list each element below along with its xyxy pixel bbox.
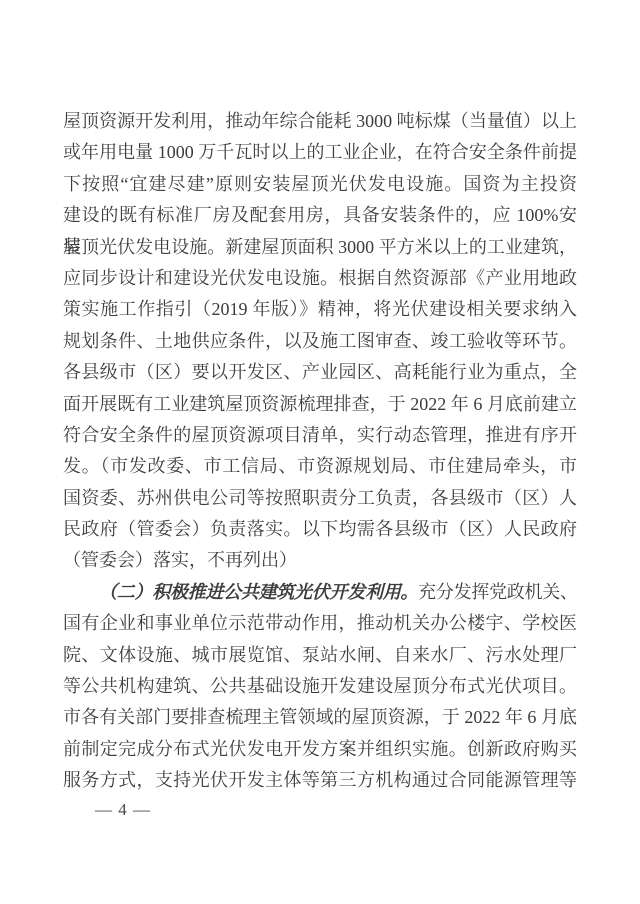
text-line: 国资委、苏州供电公司等按照职责分工负责，各县级市（区）人 (63, 483, 577, 514)
text-line: 发。（市发改委、市工信局、市资源规划局、市住建局牵头，市 (63, 451, 577, 482)
text-line: （管委会）落实，不再列出） (63, 545, 577, 576)
text-line: 面开展既有工业建筑屋顶资源梳理排查，于 2022 年 6 月底前建立 (63, 389, 577, 420)
text-run: 屋顶资源开发利用，推动年综合能耗 3000 吨标煤（当量值）以上 (63, 111, 577, 131)
text-line: 下按照“宜建尽建”原则安装屋顶光伏发电设施。国资为主投资 (63, 169, 577, 200)
text-line: 建设的既有标准厂房及配套用房，具备安装条件的，应 100%安装 (63, 200, 577, 231)
page-number: — 4 — (95, 799, 151, 821)
text-line: 应同步设计和建设光伏发电设施。根据自然资源部《产业用地政 (63, 263, 577, 294)
text-run: 策实施工作指引（2019 年版）》精神，将光伏建设相关要求纳入 (63, 299, 577, 319)
text-run: 规划条件、土地供应条件，以及施工图审查、竣工验收等环节。 (63, 331, 577, 351)
text-run: 前制定完成分布式光伏发电开发方案并组织实施。创新政府购买 (63, 739, 577, 759)
text-line: 院、文体设施、城市展览馆、泵站水闸、自来水厂、污水处理厂 (63, 640, 577, 671)
text-run: 市各有关部门要排查梳理主管领域的屋顶资源，于 2022 年 6 月底 (63, 707, 577, 727)
text-line: 或年用电量 1000 万千瓦时以上的工业企业，在符合安全条件前提 (63, 137, 577, 168)
text-run: 国有企业和事业单位示范带动作用，推动机关办公楼宇、学校医 (63, 613, 577, 633)
text-run: 发。（市发改委、市工信局、市资源规划局、市住建局牵头，市 (63, 456, 577, 476)
text-line: 屋顶资源开发利用，推动年综合能耗 3000 吨标煤（当量值）以上 (63, 106, 577, 137)
text-run: 屋顶光伏发电设施。新建屋顶面积 3000 平方米以上的工业建筑， (63, 237, 577, 257)
text-run: 符合安全条件的屋顶资源项目清单，实行动态管理，推进有序开 (63, 425, 577, 445)
text-line: 屋顶光伏发电设施。新建屋顶面积 3000 平方米以上的工业建筑， (63, 232, 577, 263)
text-run: 服务方式，支持光伏开发主体等第三方机构通过合同能源管理等 (63, 770, 577, 790)
text-line: 民政府（管委会）负责落实。以下均需各县级市（区）人民政府 (63, 514, 577, 545)
text-line: 国有企业和事业单位示范带动作用，推动机关办公楼宇、学校医 (63, 608, 577, 639)
text-line: 策实施工作指引（2019 年版）》精神，将光伏建设相关要求纳入 (63, 294, 577, 325)
text-line: 服务方式，支持光伏开发主体等第三方机构通过合同能源管理等 (63, 765, 577, 796)
text-run: 充分发挥党政机关、 (418, 582, 577, 602)
text-line: （二）积极推进公共建筑光伏开发利用。充分发挥党政机关、 (63, 577, 577, 608)
text-run: 院、文体设施、城市展览馆、泵站水闸、自来水厂、污水处理厂 (63, 645, 577, 665)
text-run: 应同步设计和建设光伏发电设施。根据自然资源部《产业用地政 (63, 268, 577, 288)
text-run: 各县级市（区）要以开发区、产业园区、高耗能行业为重点，全 (63, 362, 577, 382)
text-line: 规划条件、土地供应条件，以及施工图审查、竣工验收等环节。 (63, 326, 577, 357)
body-text: 屋顶资源开发利用，推动年综合能耗 3000 吨标煤（当量值）以上或年用电量 10… (63, 106, 577, 797)
text-line: 等公共机构建筑、公共基础设施开发建设屋顶分布式光伏项目。 (63, 671, 577, 702)
document-page: 屋顶资源开发利用，推动年综合能耗 3000 吨标煤（当量值）以上或年用电量 10… (0, 0, 640, 904)
text-line: 符合安全条件的屋顶资源项目清单，实行动态管理，推进有序开 (63, 420, 577, 451)
text-line: 各县级市（区）要以开发区、产业园区、高耗能行业为重点，全 (63, 357, 577, 388)
text-run: 国资委、苏州供电公司等按照职责分工负责，各县级市（区）人 (63, 488, 577, 508)
text-run: 等公共机构建筑、公共基础设施开发建设屋顶分布式光伏项目。 (63, 676, 577, 696)
text-run: 民政府（管委会）负责落实。以下均需各县级市（区）人民政府 (63, 519, 577, 539)
text-run: 下按照“宜建尽建”原则安装屋顶光伏发电设施。国资为主投资 (63, 174, 577, 194)
text-run: 或年用电量 1000 万千瓦时以上的工业企业，在符合安全条件前提 (63, 142, 577, 162)
section-heading: （二）积极推进公共建筑光伏开发利用。 (99, 582, 418, 602)
text-run: （管委会）落实，不再列出） (63, 550, 297, 570)
text-line: 前制定完成分布式光伏发电开发方案并组织实施。创新政府购买 (63, 734, 577, 765)
text-run: 面开展既有工业建筑屋顶资源梳理排查，于 2022 年 6 月底前建立 (63, 394, 577, 414)
text-line: 市各有关部门要排查梳理主管领域的屋顶资源，于 2022 年 6 月底 (63, 702, 577, 733)
